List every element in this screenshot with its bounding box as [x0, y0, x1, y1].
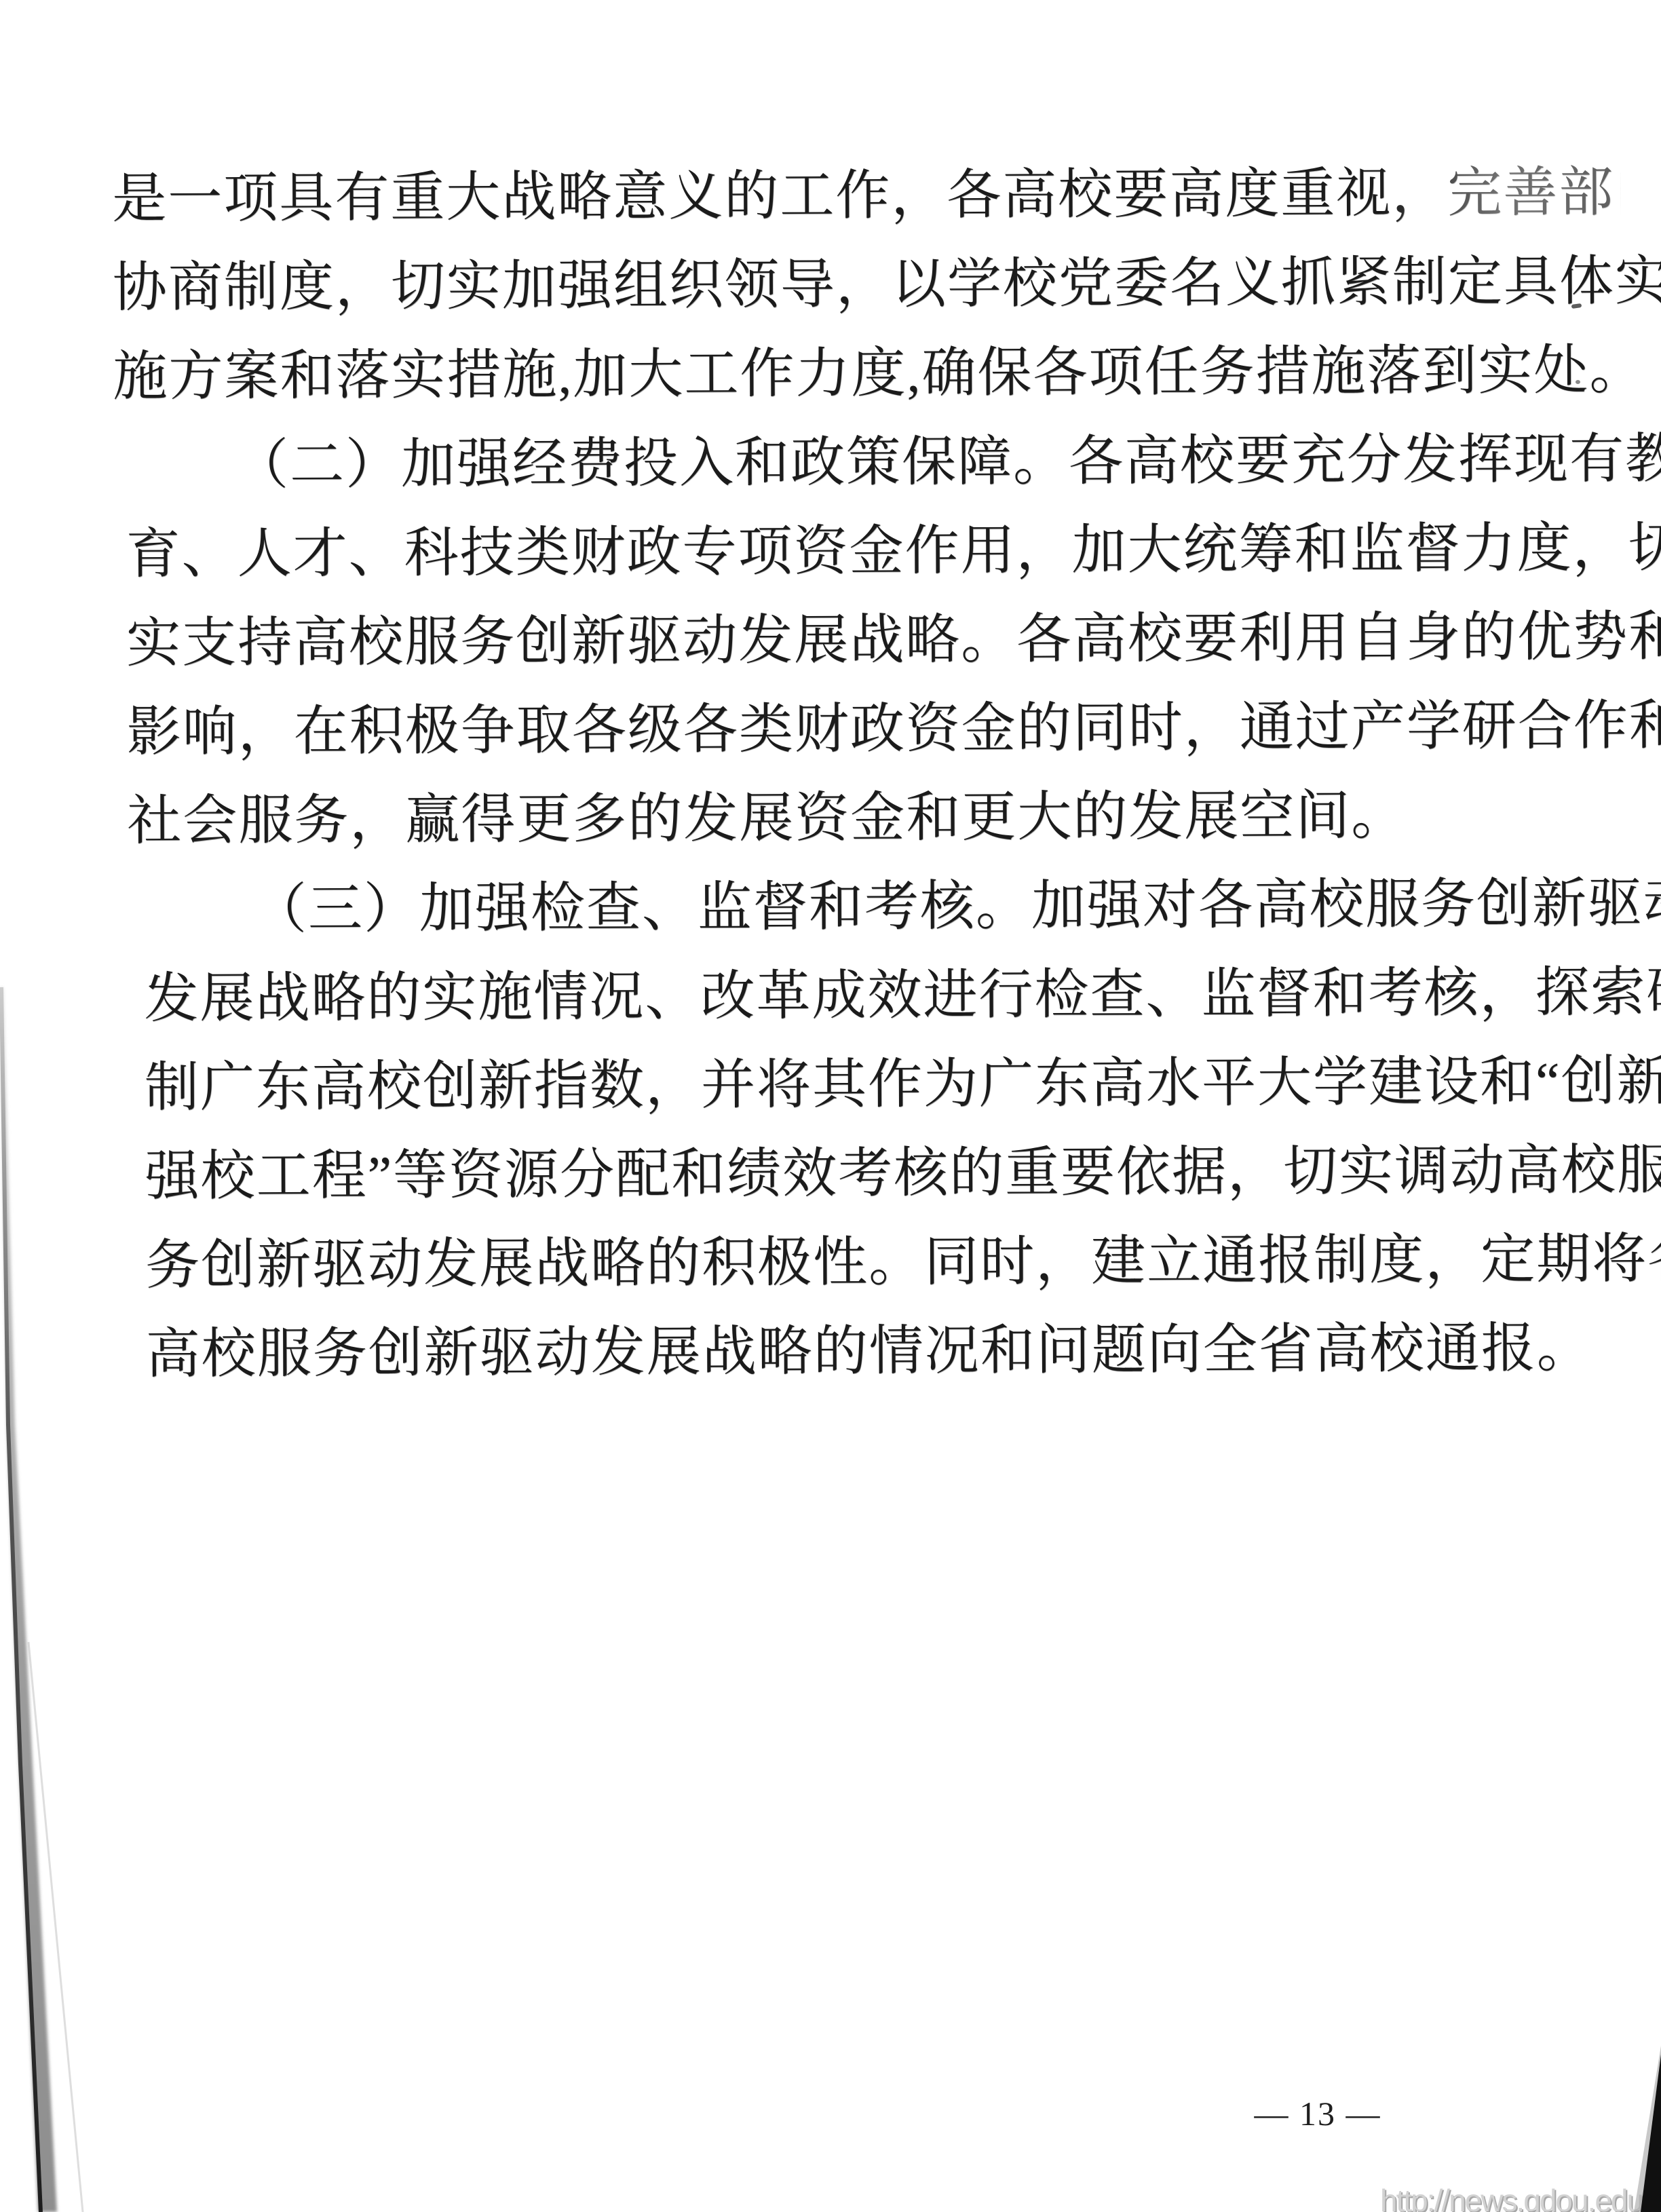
text-line: 制广东高校创新指数，并将其作为广东高水平大学建设和“创新	[145, 1037, 1625, 1133]
text-line: 发展战略的实施情况、改革成效进行检查、监督和考核，探索研	[144, 949, 1624, 1044]
watermark-url: http://news.gdou.edu.cn	[1380, 2185, 1661, 2212]
text-line: 协商制度，切实加强组织领导，以学校党委名义抓紧制定具体实	[113, 237, 1622, 333]
faint-scratch-line	[28, 1642, 83, 2212]
scan-speck	[1576, 380, 1580, 384]
page-curl-streak	[0, 987, 57, 2212]
page-number: — 13 —	[1229, 2094, 1406, 2133]
text-line-paragraph-3-start: （三）加强检查、监督和考核。加强对各高校服务创新驱动	[144, 860, 1624, 955]
text-line: 实支持高校服务创新驱动发展战略。各高校要利用自身的优势和	[126, 593, 1623, 689]
text-line: 务创新驱动发展战略的积极性。同时，建立通报制度，定期将各	[145, 1215, 1626, 1311]
text-line: 社会服务，赢得更多的发展资金和更大的发展空间。	[127, 771, 1624, 866]
text-line: 是一项具有重大战略意义的工作，各高校要高度重视，完善部门	[112, 149, 1621, 244]
text-line: 影响，在积极争取各级各类财政资金的同时，通过产学研合作和	[126, 682, 1623, 778]
text-line: 高校服务创新驱动发展战略的情况和问题向全省高校通报。	[145, 1304, 1626, 1400]
text-line: 施方案和落实措施,加大工作力度,确保各项任务措施落到实处。	[113, 326, 1622, 422]
text-line: 强校工程”等资源分配和绩效考核的重要依据，切实调动高校服	[145, 1126, 1625, 1222]
scanned-document-page: 是一项具有重大战略意义的工作，各高校要高度重视，完善部门 协商制度，切实加强组织…	[0, 0, 1661, 2212]
text-line-paragraph-2-start: （二）加强经费投入和政策保障。各高校要充分发挥现有教	[126, 415, 1622, 511]
page-curl-edge	[1, 987, 41, 2212]
text-line: 育、人才、科技类财政专项资金作用，加大统筹和监督力度，切	[126, 504, 1622, 600]
body-text: 是一项具有重大战略意义的工作，各高校要高度重视，完善部门 协商制度，切实加强组织…	[112, 149, 1626, 1400]
